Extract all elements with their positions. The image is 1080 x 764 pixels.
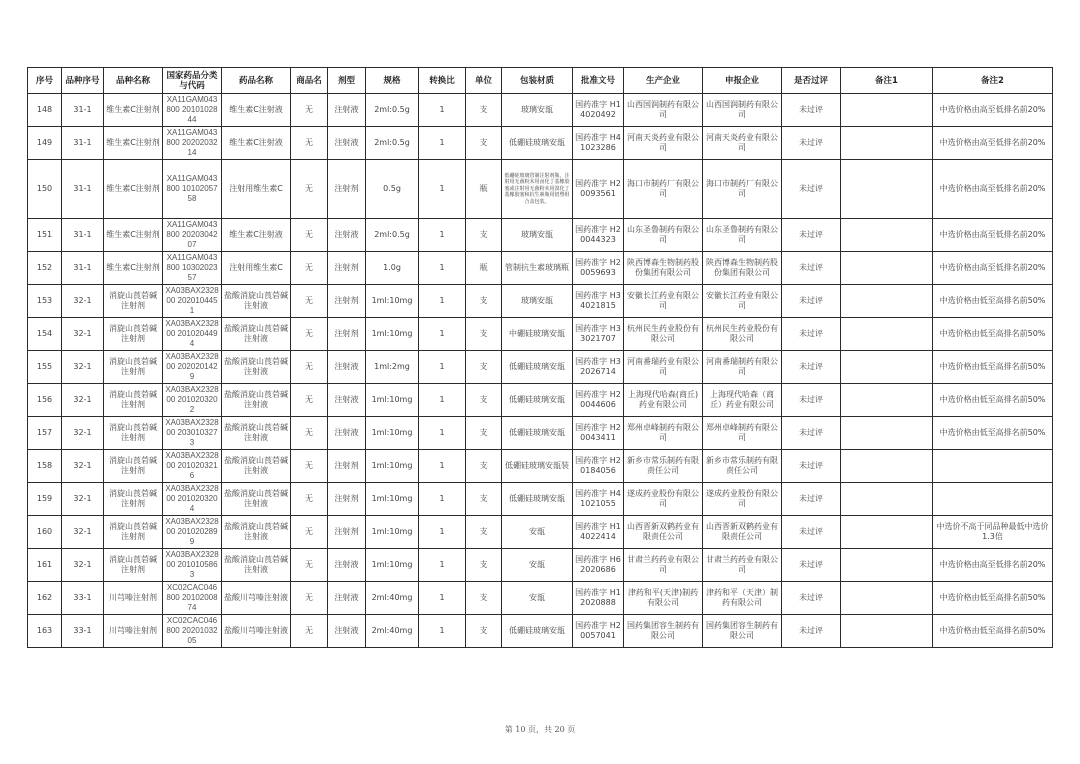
cell-seq: 162 — [28, 582, 62, 615]
cell-remark-2: 中选价格由低至高排名前50% — [933, 582, 1053, 615]
cell-unit: 瓶 — [466, 160, 502, 219]
cell-approval-number: 国药准字 H32026714 — [573, 351, 624, 384]
header-conversion-ratio: 转换比 — [419, 68, 466, 94]
cell-conversion-ratio: 1 — [419, 615, 466, 648]
cell-evaluation-status: 未过评 — [782, 483, 841, 516]
cell-variety-name: 维生素C注射剂 — [104, 160, 163, 219]
cell-trade-name: 无 — [291, 285, 328, 318]
cell-applicant: 遂成药业股份有限公司 — [703, 483, 782, 516]
cell-conversion-ratio: 1 — [419, 219, 466, 252]
cell-category-code: XA11GAM043800 1010205758 — [163, 160, 222, 219]
cell-variety-name: 消旋山莨菪碱注射剂 — [104, 417, 163, 450]
cell-approval-number: 国药准字 H20093561 — [573, 160, 624, 219]
cell-manufacturer: 河南天炎药业有限公司 — [624, 127, 703, 160]
header-approval-number: 批准文号 — [573, 68, 624, 94]
cell-approval-number: 国药准字 H14020492 — [573, 94, 624, 127]
cell-variety-name: 维生素C注射剂 — [104, 127, 163, 160]
cell-variety-name: 消旋山莨菪碱注射剂 — [104, 549, 163, 582]
cell-category-code: XA11GAM043800 2020203214 — [163, 127, 222, 160]
cell-manufacturer: 山西晋新双鹤药业有限责任公司 — [624, 516, 703, 549]
cell-dosage-form: 注射剂 — [328, 516, 366, 549]
cell-category-code: XA03BAX232800 2010203202 — [163, 384, 222, 417]
header-manufacturer: 生产企业 — [624, 68, 703, 94]
cell-unit: 支 — [466, 94, 502, 127]
cell-manufacturer: 新乡市常乐制药有限责任公司 — [624, 450, 703, 483]
cell-manufacturer: 安徽长江药业有限公司 — [624, 285, 703, 318]
cell-variety-name: 消旋山莨菪碱注射剂 — [104, 516, 163, 549]
cell-variety-seq: 31-1 — [62, 160, 104, 219]
cell-unit: 支 — [466, 351, 502, 384]
cell-conversion-ratio: 1 — [419, 127, 466, 160]
cell-remark-1 — [841, 450, 933, 483]
cell-variety-name: 消旋山莨菪碱注射剂 — [104, 483, 163, 516]
header-drug-name: 药品名称 — [222, 68, 291, 94]
cell-drug-name: 盐酸消旋山莨菪碱注射液 — [222, 384, 291, 417]
cell-approval-number: 国药准字 H41023286 — [573, 127, 624, 160]
cell-seq: 152 — [28, 252, 62, 285]
cell-variety-seq: 33-1 — [62, 582, 104, 615]
table-row: 15532-1消旋山莨菪碱注射剂XA03BAX232800 2020201429… — [28, 351, 1053, 384]
cell-drug-name: 维生素C注射液 — [222, 219, 291, 252]
cell-specification: 2ml:0.5g — [366, 127, 419, 160]
cell-approval-number: 国药准字 H20184056 — [573, 450, 624, 483]
cell-trade-name: 无 — [291, 94, 328, 127]
cell-unit: 支 — [466, 219, 502, 252]
cell-specification: 1ml:10mg — [366, 417, 419, 450]
cell-specification: 2ml:0.5g — [366, 94, 419, 127]
cell-seq: 157 — [28, 417, 62, 450]
cell-variety-name: 维生素C注射剂 — [104, 219, 163, 252]
cell-seq: 158 — [28, 450, 62, 483]
cell-category-code: XA11GAM043800 2010102844 — [163, 94, 222, 127]
cell-specification: 1ml:10mg — [366, 450, 419, 483]
cell-manufacturer: 杭州民生药业股份有限公司 — [624, 318, 703, 351]
cell-variety-name: 消旋山莨菪碱注射剂 — [104, 285, 163, 318]
cell-variety-seq: 31-1 — [62, 252, 104, 285]
cell-category-code: XC02CAC046800 2010200874 — [163, 582, 222, 615]
cell-remark-2: 中选价不高于同品种最低中选价1.3倍 — [933, 516, 1053, 549]
table-row: 16032-1消旋山莨菪碱注射剂XA03BAX232800 2010202899… — [28, 516, 1053, 549]
cell-variety-name: 维生素C注射剂 — [104, 252, 163, 285]
header-variety-name: 品种名称 — [104, 68, 163, 94]
cell-seq: 153 — [28, 285, 62, 318]
cell-unit: 支 — [466, 417, 502, 450]
cell-category-code: XA03BAX232800 2010105863 — [163, 549, 222, 582]
cell-trade-name: 无 — [291, 582, 328, 615]
cell-unit: 支 — [466, 549, 502, 582]
cell-manufacturer: 津药和平(天津)制药有限公司 — [624, 582, 703, 615]
cell-approval-number: 国药准字 H20044606 — [573, 384, 624, 417]
cell-remark-2 — [933, 483, 1053, 516]
cell-manufacturer: 山东圣鲁制药有限公司 — [624, 219, 703, 252]
header-specification: 规格 — [366, 68, 419, 94]
cell-dosage-form: 注射液 — [328, 615, 366, 648]
table-header-row: 序号品种序号品种名称国家药品分类与代码药品名称商品名剂型规格转换比单位包装材质批… — [28, 68, 1053, 94]
cell-manufacturer: 河南番瑞药业有限公司 — [624, 351, 703, 384]
cell-variety-seq: 31-1 — [62, 219, 104, 252]
cell-applicant: 甘肃兰药药业有限公司 — [703, 549, 782, 582]
table-body: 14831-1维生素C注射剂XA11GAM043800 2010102844维生… — [28, 94, 1053, 648]
cell-applicant: 新乡市常乐制药有限责任公司 — [703, 450, 782, 483]
cell-applicant: 海口市制药厂有限公司 — [703, 160, 782, 219]
cell-drug-name: 盐酸消旋山莨菪碱注射液 — [222, 285, 291, 318]
cell-variety-seq: 32-1 — [62, 318, 104, 351]
cell-dosage-form: 注射剂 — [328, 483, 366, 516]
cell-dosage-form: 注射液 — [328, 127, 366, 160]
table-row: 16333-1川芎嗪注射剂XC02CAC046800 2020103205盐酸川… — [28, 615, 1053, 648]
cell-remark-1 — [841, 318, 933, 351]
cell-unit: 支 — [466, 285, 502, 318]
cell-evaluation-status: 未过评 — [782, 318, 841, 351]
cell-applicant: 陕西博森生物制药股份集团有限公司 — [703, 252, 782, 285]
cell-packaging: 玻璃安瓿 — [502, 219, 573, 252]
cell-specification: 2ml:0.5g — [366, 219, 419, 252]
cell-specification: 1ml:2mg — [366, 351, 419, 384]
cell-approval-number: 国药准字 H20044323 — [573, 219, 624, 252]
cell-unit: 支 — [466, 318, 502, 351]
cell-dosage-form: 注射液 — [328, 582, 366, 615]
cell-dosage-form: 注射液 — [328, 351, 366, 384]
cell-variety-name: 消旋山莨菪碱注射剂 — [104, 384, 163, 417]
table-row: 14831-1维生素C注射剂XA11GAM043800 2010102844维生… — [28, 94, 1053, 127]
cell-remark-2: 中选价格由高至低排名前20% — [933, 252, 1053, 285]
cell-specification: 1ml:10mg — [366, 516, 419, 549]
cell-evaluation-status: 未过评 — [782, 582, 841, 615]
cell-manufacturer: 陕西博森生物制药股份集团有限公司 — [624, 252, 703, 285]
cell-specification: 0.5g — [366, 160, 419, 219]
cell-variety-name: 消旋山莨菪碱注射剂 — [104, 351, 163, 384]
cell-dosage-form: 注射液 — [328, 94, 366, 127]
cell-unit: 支 — [466, 384, 502, 417]
cell-conversion-ratio: 1 — [419, 285, 466, 318]
cell-conversion-ratio: 1 — [419, 384, 466, 417]
cell-dosage-form: 注射剂 — [328, 318, 366, 351]
cell-dosage-form: 注射剂 — [328, 160, 366, 219]
cell-trade-name: 无 — [291, 450, 328, 483]
cell-seq: 163 — [28, 615, 62, 648]
cell-evaluation-status: 未过评 — [782, 252, 841, 285]
cell-dosage-form: 注射剂 — [328, 252, 366, 285]
cell-packaging: 低硼硅玻璃安瓿装 — [502, 450, 573, 483]
cell-remark-1 — [841, 615, 933, 648]
header-packaging: 包装材质 — [502, 68, 573, 94]
cell-approval-number: 国药准字 H20057041 — [573, 615, 624, 648]
cell-dosage-form: 注射液 — [328, 219, 366, 252]
cell-variety-seq: 32-1 — [62, 417, 104, 450]
cell-manufacturer: 山西国润制药有限公司 — [624, 94, 703, 127]
page-footer: 第 10 页，共 20 页 — [0, 724, 1080, 735]
table-row: 15031-1维生素C注射剂XA11GAM043800 1010205758注射… — [28, 160, 1053, 219]
cell-drug-name: 盐酸消旋山莨菪碱注射液 — [222, 417, 291, 450]
cell-evaluation-status: 未过评 — [782, 450, 841, 483]
cell-drug-name: 维生素C注射液 — [222, 94, 291, 127]
cell-remark-2: 中选价格由低至高排名前50% — [933, 318, 1053, 351]
cell-dosage-form: 注射剂 — [328, 285, 366, 318]
cell-drug-name: 盐酸川芎嗪注射液 — [222, 582, 291, 615]
header-remark-2: 备注2 — [933, 68, 1053, 94]
cell-unit: 支 — [466, 483, 502, 516]
cell-category-code: XC02CAC046800 2020103205 — [163, 615, 222, 648]
cell-conversion-ratio: 1 — [419, 252, 466, 285]
cell-variety-seq: 32-1 — [62, 516, 104, 549]
cell-drug-name: 盐酸消旋山莨菪碱注射液 — [222, 516, 291, 549]
cell-drug-name: 盐酸消旋山莨菪碱注射液 — [222, 549, 291, 582]
cell-specification: 1ml:10mg — [366, 483, 419, 516]
cell-seq: 150 — [28, 160, 62, 219]
cell-packaging: 安瓿 — [502, 549, 573, 582]
cell-evaluation-status: 未过评 — [782, 516, 841, 549]
cell-conversion-ratio: 1 — [419, 549, 466, 582]
cell-approval-number: 国药准字 H12020888 — [573, 582, 624, 615]
cell-packaging: 低硼硅玻璃安瓿 — [502, 384, 573, 417]
cell-evaluation-status: 未过评 — [782, 127, 841, 160]
cell-variety-seq: 33-1 — [62, 615, 104, 648]
cell-evaluation-status: 未过评 — [782, 417, 841, 450]
cell-specification: 2ml:40mg — [366, 582, 419, 615]
cell-approval-number: 国药准字 H20059693 — [573, 252, 624, 285]
cell-manufacturer: 郑州卓峰制药有限公司 — [624, 417, 703, 450]
cell-trade-name: 无 — [291, 549, 328, 582]
cell-trade-name: 无 — [291, 483, 328, 516]
cell-packaging: 低硼硅玻璃安瓿 — [502, 615, 573, 648]
cell-packaging: 低硼硅玻璃管制注射剂瓶，注射用无菌粉末用卤化丁基橡胶塞或注射用无菌粉末用溴化丁基… — [502, 160, 573, 219]
table-row: 15231-1维生素C注射剂XA11GAM043800 1030202357注射… — [28, 252, 1053, 285]
cell-unit: 支 — [466, 582, 502, 615]
cell-variety-name: 维生素C注射剂 — [104, 94, 163, 127]
table-row: 14931-1维生素C注射剂XA11GAM043800 2020203214维生… — [28, 127, 1053, 160]
cell-unit: 支 — [466, 450, 502, 483]
cell-variety-name: 消旋山莨菪碱注射剂 — [104, 450, 163, 483]
cell-evaluation-status: 未过评 — [782, 549, 841, 582]
cell-applicant: 山西国润制药有限公司 — [703, 94, 782, 127]
cell-applicant: 山西晋新双鹤药业有限责任公司 — [703, 516, 782, 549]
cell-remark-2 — [933, 450, 1053, 483]
cell-remark-1 — [841, 582, 933, 615]
cell-seq: 149 — [28, 127, 62, 160]
cell-specification: 1.0g — [366, 252, 419, 285]
cell-conversion-ratio: 1 — [419, 351, 466, 384]
header-remark-1: 备注1 — [841, 68, 933, 94]
cell-manufacturer: 海口市制药厂有限公司 — [624, 160, 703, 219]
cell-drug-name: 注射用维生素C — [222, 160, 291, 219]
cell-specification: 2ml:40mg — [366, 615, 419, 648]
cell-manufacturer: 遂成药业股份有限公司 — [624, 483, 703, 516]
cell-remark-2: 中选价格由高至低排名前20% — [933, 160, 1053, 219]
cell-remark-1 — [841, 94, 933, 127]
cell-remark-2: 中选价格由高至低排名前20% — [933, 94, 1053, 127]
cell-drug-name: 盐酸消旋山莨菪碱注射液 — [222, 351, 291, 384]
cell-trade-name: 无 — [291, 417, 328, 450]
cell-seq: 159 — [28, 483, 62, 516]
cell-evaluation-status: 未过评 — [782, 94, 841, 127]
cell-specification: 1ml:10mg — [366, 285, 419, 318]
table-row: 16132-1消旋山莨菪碱注射剂XA03BAX232800 2010105863… — [28, 549, 1053, 582]
cell-drug-name: 盐酸消旋山莨菪碱注射液 — [222, 483, 291, 516]
cell-applicant: 国药集团容生制药有限公司 — [703, 615, 782, 648]
cell-remark-2: 中选价格由低至高排名前50% — [933, 384, 1053, 417]
cell-seq: 148 — [28, 94, 62, 127]
cell-variety-name: 川芎嗪注射剂 — [104, 582, 163, 615]
cell-variety-seq: 31-1 — [62, 94, 104, 127]
cell-drug-name: 盐酸消旋山莨菪碱注射液 — [222, 318, 291, 351]
cell-packaging: 中硼硅玻璃安瓿 — [502, 318, 573, 351]
table-row: 15732-1消旋山莨菪碱注射剂XA03BAX232800 2030103273… — [28, 417, 1053, 450]
cell-remark-1 — [841, 549, 933, 582]
cell-unit: 支 — [466, 516, 502, 549]
cell-variety-seq: 32-1 — [62, 549, 104, 582]
cell-trade-name: 无 — [291, 127, 328, 160]
table-row: 15432-1消旋山莨菪碱注射剂XA03BAX232800 2010204494… — [28, 318, 1053, 351]
header-applicant: 申报企业 — [703, 68, 782, 94]
cell-packaging: 低硼硅玻璃安瓿 — [502, 417, 573, 450]
cell-packaging: 安瓿 — [502, 582, 573, 615]
cell-remark-2: 中选价格由低至高排名前50% — [933, 615, 1053, 648]
cell-remark-2: 中选价格由低至高排名前50% — [933, 285, 1053, 318]
header-evaluation-status: 是否过评 — [782, 68, 841, 94]
cell-packaging: 玻璃安瓿 — [502, 94, 573, 127]
cell-approval-number: 国药准字 H20043411 — [573, 417, 624, 450]
cell-remark-1 — [841, 285, 933, 318]
header-category-code: 国家药品分类与代码 — [163, 68, 222, 94]
cell-variety-seq: 32-1 — [62, 285, 104, 318]
cell-seq: 151 — [28, 219, 62, 252]
cell-seq: 156 — [28, 384, 62, 417]
cell-conversion-ratio: 1 — [419, 582, 466, 615]
cell-trade-name: 无 — [291, 615, 328, 648]
cell-dosage-form: 注射剂 — [328, 450, 366, 483]
table-row: 15632-1消旋山莨菪碱注射剂XA03BAX232800 2010203202… — [28, 384, 1053, 417]
cell-variety-seq: 31-1 — [62, 127, 104, 160]
cell-category-code: XA11GAM043800 2020304207 — [163, 219, 222, 252]
cell-applicant: 河南天炎药业有限公司 — [703, 127, 782, 160]
cell-approval-number: 国药准字 H41021055 — [573, 483, 624, 516]
cell-specification: 1ml:10mg — [366, 549, 419, 582]
cell-conversion-ratio: 1 — [419, 160, 466, 219]
header-seq: 序号 — [28, 68, 62, 94]
cell-category-code: XA03BAX232800 2010203216 — [163, 450, 222, 483]
cell-approval-number: 国药准字 H34021815 — [573, 285, 624, 318]
cell-unit: 支 — [466, 615, 502, 648]
table-row: 15932-1消旋山莨菪碱注射剂XA03BAX232800 2010203204… — [28, 483, 1053, 516]
cell-approval-number: 国药准字 H14022414 — [573, 516, 624, 549]
table-row: 15332-1消旋山莨菪碱注射剂XA03BAX232800 2020104451… — [28, 285, 1053, 318]
cell-remark-1 — [841, 384, 933, 417]
cell-conversion-ratio: 1 — [419, 483, 466, 516]
cell-dosage-form: 注射液 — [328, 549, 366, 582]
cell-drug-name: 盐酸川芎嗪注射液 — [222, 615, 291, 648]
cell-trade-name: 无 — [291, 384, 328, 417]
cell-trade-name: 无 — [291, 252, 328, 285]
cell-remark-1 — [841, 252, 933, 285]
header-dosage-form: 剂型 — [328, 68, 366, 94]
cell-unit: 瓶 — [466, 252, 502, 285]
cell-drug-name: 维生素C注射液 — [222, 127, 291, 160]
cell-applicant: 郑州卓峰制药有限公司 — [703, 417, 782, 450]
cell-variety-seq: 32-1 — [62, 384, 104, 417]
cell-packaging: 低硼硅玻璃安瓿 — [502, 483, 573, 516]
cell-trade-name: 无 — [291, 160, 328, 219]
cell-conversion-ratio: 1 — [419, 417, 466, 450]
cell-remark-1 — [841, 516, 933, 549]
cell-manufacturer: 甘肃兰药药业有限公司 — [624, 549, 703, 582]
cell-seq: 155 — [28, 351, 62, 384]
cell-approval-number: 国药准字 H33021707 — [573, 318, 624, 351]
cell-trade-name: 无 — [291, 516, 328, 549]
cell-conversion-ratio: 1 — [419, 450, 466, 483]
cell-seq: 160 — [28, 516, 62, 549]
cell-variety-seq: 32-1 — [62, 351, 104, 384]
cell-specification: 1ml:10mg — [366, 318, 419, 351]
cell-applicant: 河南番瑞制药有限公司 — [703, 351, 782, 384]
cell-packaging: 低硼硅玻璃安瓿 — [502, 127, 573, 160]
cell-approval-number: 国药准字 H62020686 — [573, 549, 624, 582]
cell-seq: 161 — [28, 549, 62, 582]
drug-list-table: 序号品种序号品种名称国家药品分类与代码药品名称商品名剂型规格转换比单位包装材质批… — [27, 67, 1053, 648]
cell-evaluation-status: 未过评 — [782, 219, 841, 252]
cell-variety-seq: 32-1 — [62, 450, 104, 483]
cell-category-code: XA03BAX232800 2020104451 — [163, 285, 222, 318]
cell-drug-name: 盐酸消旋山莨菪碱注射液 — [222, 450, 291, 483]
cell-evaluation-status: 未过评 — [782, 351, 841, 384]
header-variety-seq: 品种序号 — [62, 68, 104, 94]
cell-variety-name: 消旋山莨菪碱注射剂 — [104, 318, 163, 351]
cell-specification: 1ml:10mg — [366, 384, 419, 417]
cell-conversion-ratio: 1 — [419, 94, 466, 127]
cell-category-code: XA03BAX232800 2010202899 — [163, 516, 222, 549]
cell-remark-1 — [841, 127, 933, 160]
cell-drug-name: 注射用维生素C — [222, 252, 291, 285]
cell-evaluation-status: 未过评 — [782, 615, 841, 648]
cell-applicant: 上海现代哈森（商丘）药业有限公司 — [703, 384, 782, 417]
cell-category-code: XA03BAX232800 2020201429 — [163, 351, 222, 384]
cell-unit: 支 — [466, 127, 502, 160]
cell-packaging: 玻璃安瓿 — [502, 285, 573, 318]
cell-variety-name: 川芎嗪注射剂 — [104, 615, 163, 648]
cell-remark-1 — [841, 160, 933, 219]
cell-conversion-ratio: 1 — [419, 516, 466, 549]
cell-applicant: 山东圣鲁制药有限公司 — [703, 219, 782, 252]
cell-trade-name: 无 — [291, 219, 328, 252]
header-unit: 单位 — [466, 68, 502, 94]
cell-remark-2: 中选价格由低至高排名前50% — [933, 417, 1053, 450]
cell-packaging: 管制抗生素玻璃瓶 — [502, 252, 573, 285]
cell-packaging: 低硼硅玻璃安瓿 — [502, 351, 573, 384]
cell-remark-1 — [841, 417, 933, 450]
cell-remark-1 — [841, 483, 933, 516]
cell-applicant: 安徽长江药业有限公司 — [703, 285, 782, 318]
cell-manufacturer: 上海现代哈森(商丘)药业有限公司 — [624, 384, 703, 417]
header-trade-name: 商品名 — [291, 68, 328, 94]
cell-remark-1 — [841, 351, 933, 384]
cell-evaluation-status: 未过评 — [782, 384, 841, 417]
cell-applicant: 津药和平（天津）制药有限公司 — [703, 582, 782, 615]
cell-manufacturer: 国药集团容生制药有限公司 — [624, 615, 703, 648]
table-row: 15832-1消旋山莨菪碱注射剂XA03BAX232800 2010203216… — [28, 450, 1053, 483]
cell-category-code: XA11GAM043800 1030202357 — [163, 252, 222, 285]
cell-evaluation-status: 未过评 — [782, 285, 841, 318]
cell-remark-2: 中选价格由高至低排名前20% — [933, 549, 1053, 582]
cell-packaging: 安瓿 — [502, 516, 573, 549]
cell-applicant: 杭州民生药业股份有限公司 — [703, 318, 782, 351]
cell-evaluation-status: 未过评 — [782, 160, 841, 219]
cell-remark-2: 中选价格由低至高排名前50% — [933, 351, 1053, 384]
cell-seq: 154 — [28, 318, 62, 351]
cell-category-code: XA03BAX232800 2010203204 — [163, 483, 222, 516]
cell-variety-seq: 32-1 — [62, 483, 104, 516]
cell-category-code: XA03BAX232800 2010204494 — [163, 318, 222, 351]
cell-trade-name: 无 — [291, 351, 328, 384]
cell-conversion-ratio: 1 — [419, 318, 466, 351]
